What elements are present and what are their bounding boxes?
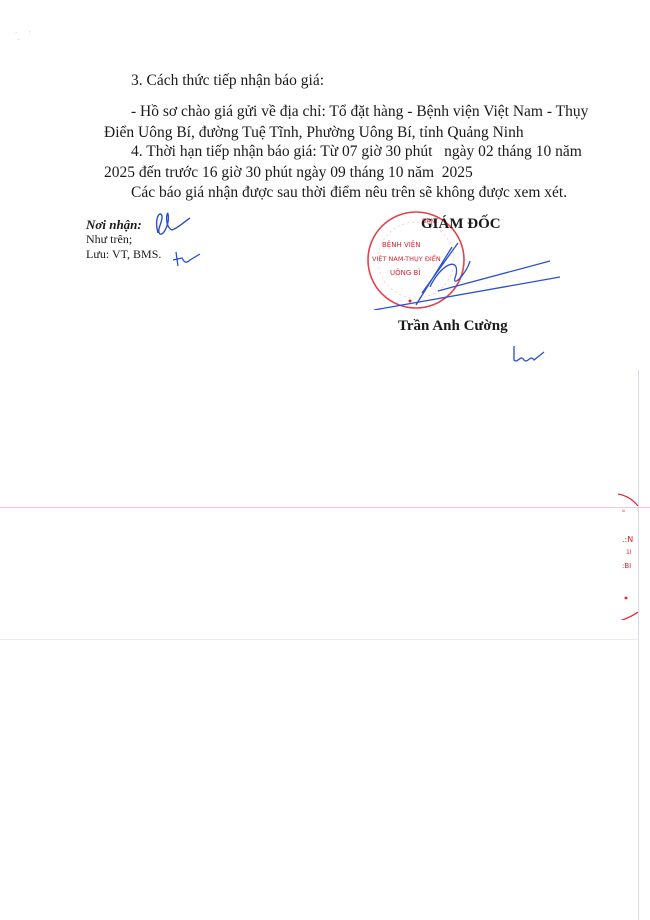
director-signature-icon [370, 235, 570, 310]
svg-text:.:N: .:N [622, 535, 633, 544]
closing-note: Các báo giá nhận được sau thời điểm nêu … [131, 182, 567, 203]
initial-signature-icon [508, 342, 548, 368]
svg-text:1I: 1I [626, 549, 632, 556]
scan-artifact-line [0, 507, 650, 508]
section-3-line-2: Điển Uông Bí, đường Tuệ Tĩnh, Phường Uôn… [104, 122, 524, 143]
svg-text::BI: :BI [622, 562, 631, 570]
recipient-item: Lưu: VT, BMS. [86, 247, 161, 262]
scan-specks: · : . [15, 30, 31, 42]
partial-stamp-icon: ᵢᵢᵢ .:N 1I :BI [612, 490, 650, 620]
initial-signature-icon [170, 248, 204, 270]
scan-artifact-line [0, 639, 640, 640]
initial-signature-icon [148, 208, 198, 238]
section-4-line-1: 4. Thời hạn tiếp nhận báo giá: Từ 07 giờ… [131, 141, 582, 162]
page-edge-line [638, 370, 639, 920]
svg-text:ᵢᵢᵢ: ᵢᵢᵢ [622, 507, 625, 514]
director-title: GIÁM ĐỐC [421, 216, 501, 233]
director-name: Trần Anh Cường [398, 318, 508, 335]
section-3-heading: 3. Cách thức tiếp nhận báo giá: [131, 70, 324, 91]
section-3-line-1: - Hồ sơ chào giá gửi về địa chỉ: Tổ đặt … [131, 101, 588, 122]
section-4-line-2: 2025 đến trước 16 giờ 30 phút ngày 09 th… [104, 162, 473, 183]
